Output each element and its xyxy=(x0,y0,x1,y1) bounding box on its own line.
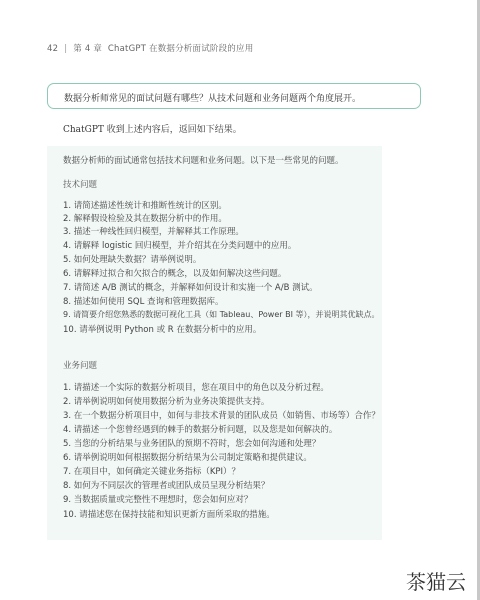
list-item: 3. 描述一种线性回归模型，并解释其工作原理。 xyxy=(63,225,244,237)
answer-opening: 数据分析师的面试通常包括技术问题和业务问题。以下是一些常见的问题。 xyxy=(63,154,344,166)
header-separator: | xyxy=(64,44,67,54)
list-item: 8. 描述如何使用 SQL 查询和管理数据库。 xyxy=(63,295,224,307)
list-item: 9. 请简要介绍您熟悉的数据可视化工具（如 Tableau、Power BI 等… xyxy=(63,309,380,320)
list-item: 6. 请举例说明如何根据数据分析结果为公司制定策略和提供建议。 xyxy=(63,451,312,463)
list-item: 2. 请举例说明如何使用数据分析为业务决策提供支持。 xyxy=(63,395,269,407)
chapter-label: 第 4 章 xyxy=(73,44,102,54)
list-item: 6. 请解释过拟合和欠拟合的概念，以及如何解决这些问题。 xyxy=(63,267,286,279)
prompt-text: 数据分析师常见的面试问题有哪些？从技术问题和业务问题两个角度展开。 xyxy=(64,91,361,104)
list-item: 7. 请简述 A/B 测试的概念，并解释如何设计和实施一个 A/B 测试。 xyxy=(63,281,318,293)
chapter-title: ChatGPT 在数据分析面试阶段的应用 xyxy=(108,44,253,54)
answer-box: 数据分析师的面试通常包括技术问题和业务问题。以下是一些常见的问题。 技术问题 1… xyxy=(47,146,382,540)
list-item: 5. 如何处理缺失数据？请举例说明。 xyxy=(63,253,201,265)
list-item: 4. 请解释 logistic 回归模型，并介绍其在分类问题中的应用。 xyxy=(63,239,296,251)
list-item: 1. 请描述一个实际的数据分析项目，您在项目中的角色以及分析过程。 xyxy=(63,381,329,393)
section-title-business: 业务问题 xyxy=(63,359,97,371)
list-item: 10. 请描述您在保持技能和知识更新方面所采取的措施。 xyxy=(63,508,275,520)
list-item: 1. 请简述描述性统计和推断性统计的区别。 xyxy=(63,199,227,211)
list-item: 9. 当数据质量或完整性不理想时，您会如何应对？ xyxy=(63,493,252,505)
page-number: 42 xyxy=(47,44,58,54)
list-item: 5. 当您的分析结果与业务团队的预期不符时，您会如何沟通和处理？ xyxy=(63,437,320,449)
section-title-technical: 技术问题 xyxy=(63,178,97,190)
prompt-box: 数据分析师常见的面试问题有哪些？从技术问题和业务问题两个角度展开。 xyxy=(47,83,421,109)
watermark: 茶猫云 xyxy=(406,566,466,595)
list-item: 8. 如何为不同层次的管理者或团队成员呈现分析结果？ xyxy=(63,479,269,491)
list-item: 10. 请举例说明 Python 或 R 在数据分析中的应用。 xyxy=(63,323,261,335)
intro-text: ChatGPT 收到上述内容后，返回如下结果。 xyxy=(63,122,242,135)
list-item: 3. 在一个数据分析项目中，如何与非技术背景的团队成员（如销售、市场等）合作？ xyxy=(63,409,380,421)
list-item: 4. 请描述一个您曾经遇到的棘手的数据分析问题，以及您是如何解决的。 xyxy=(63,423,337,435)
running-header: 42|第 4 章 ChatGPT 在数据分析面试阶段的应用 xyxy=(47,42,253,54)
list-item: 2. 解释假设检验及其在数据分析中的作用。 xyxy=(63,212,227,224)
list-item: 7. 在项目中，如何确定关键业务指标（KPI）？ xyxy=(63,465,240,477)
